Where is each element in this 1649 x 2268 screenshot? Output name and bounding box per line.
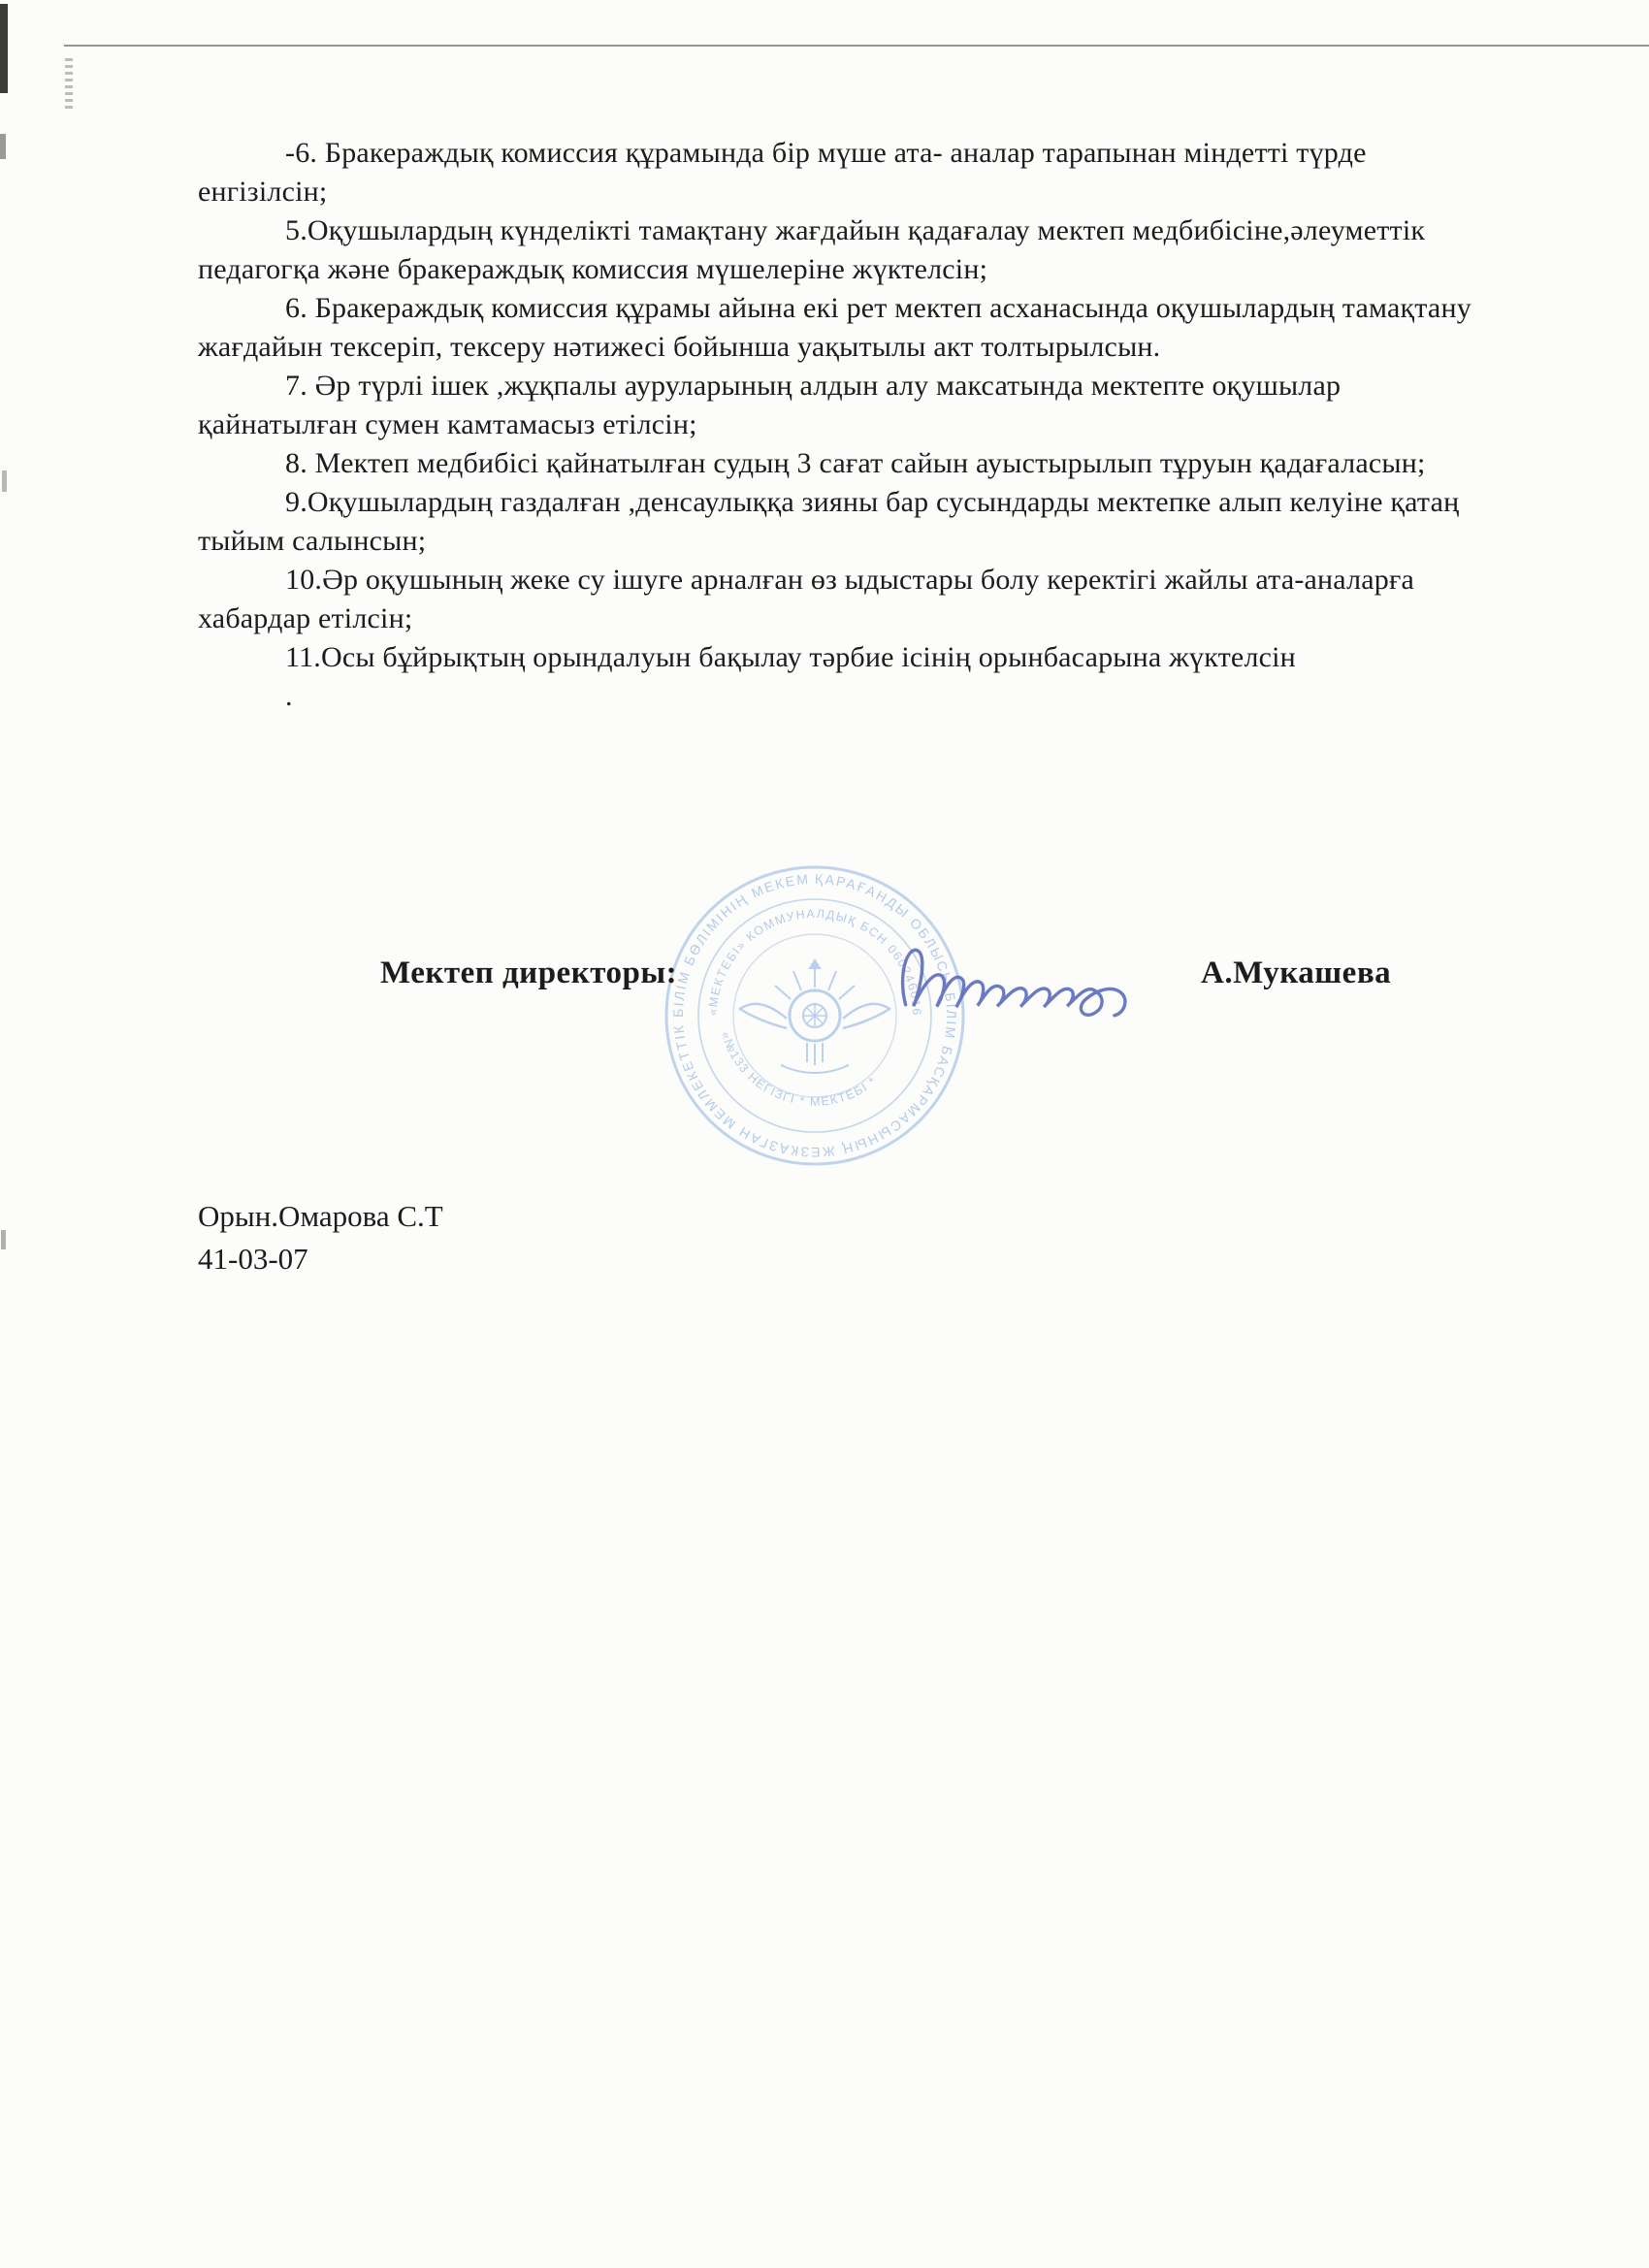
scan-artifact-edge-mark bbox=[2, 470, 7, 492]
kazakhstan-emblem-icon bbox=[740, 960, 889, 1073]
paragraph: 8. Мектеп медбибісі қайнатылған судың 3 … bbox=[198, 444, 1503, 483]
scan-artifact-smudge bbox=[65, 58, 73, 109]
paragraph: 11.Осы бұйрықтың орындалуын бақылау тәрб… bbox=[198, 638, 1503, 677]
paragraph: -6. Бракераждық комиссия құрамында бір м… bbox=[198, 134, 1503, 211]
paragraph: 6. Бракераждық комиссия құрамы айына екі… bbox=[198, 289, 1503, 367]
executor-name: Орын.Омарова С.Т bbox=[198, 1195, 443, 1238]
paragraph: 10.Әр оқушының жеке су ішуге арналған өз… bbox=[198, 561, 1503, 638]
paragraph: 9.Оқушылардың газдалған ,денсаулыққа зия… bbox=[198, 483, 1503, 561]
director-handwritten-signature bbox=[886, 899, 1195, 1055]
footer-block: Орын.Омарова С.Т 41-03-07 bbox=[198, 1195, 443, 1280]
scanned-document-page: -6. Бракераждық комиссия құрамында бір м… bbox=[0, 0, 1649, 2268]
scan-artifact-top-line bbox=[64, 45, 1649, 47]
document-body: -6. Бракераждық комиссия құрамында бір м… bbox=[198, 134, 1503, 716]
paragraph: 5.Оқушылардың күнделікті тамақтану жағда… bbox=[198, 211, 1503, 289]
phone-number: 41-03-07 bbox=[198, 1238, 443, 1280]
scan-artifact-edge-mark bbox=[0, 134, 6, 159]
scan-artifact-edge-mark bbox=[1, 1230, 6, 1249]
director-label: Мектеп директоры: bbox=[380, 956, 677, 991]
director-name: А.Мукашева bbox=[1201, 956, 1391, 991]
paragraph: . bbox=[198, 677, 1503, 716]
stamp-inner-ring-bottom-text: «№133 НЕГІЗГІ * МЕКТЕБІ * bbox=[719, 1030, 880, 1109]
svg-text:«№133 НЕГІЗГІ * МЕКТЕБІ *: «№133 НЕГІЗГІ * МЕКТЕБІ * bbox=[719, 1030, 880, 1109]
scan-artifact-edge-strip bbox=[0, 4, 8, 93]
paragraph: 7. Әр түрлі ішек ,жұқпалы ауруларының ал… bbox=[198, 367, 1503, 444]
